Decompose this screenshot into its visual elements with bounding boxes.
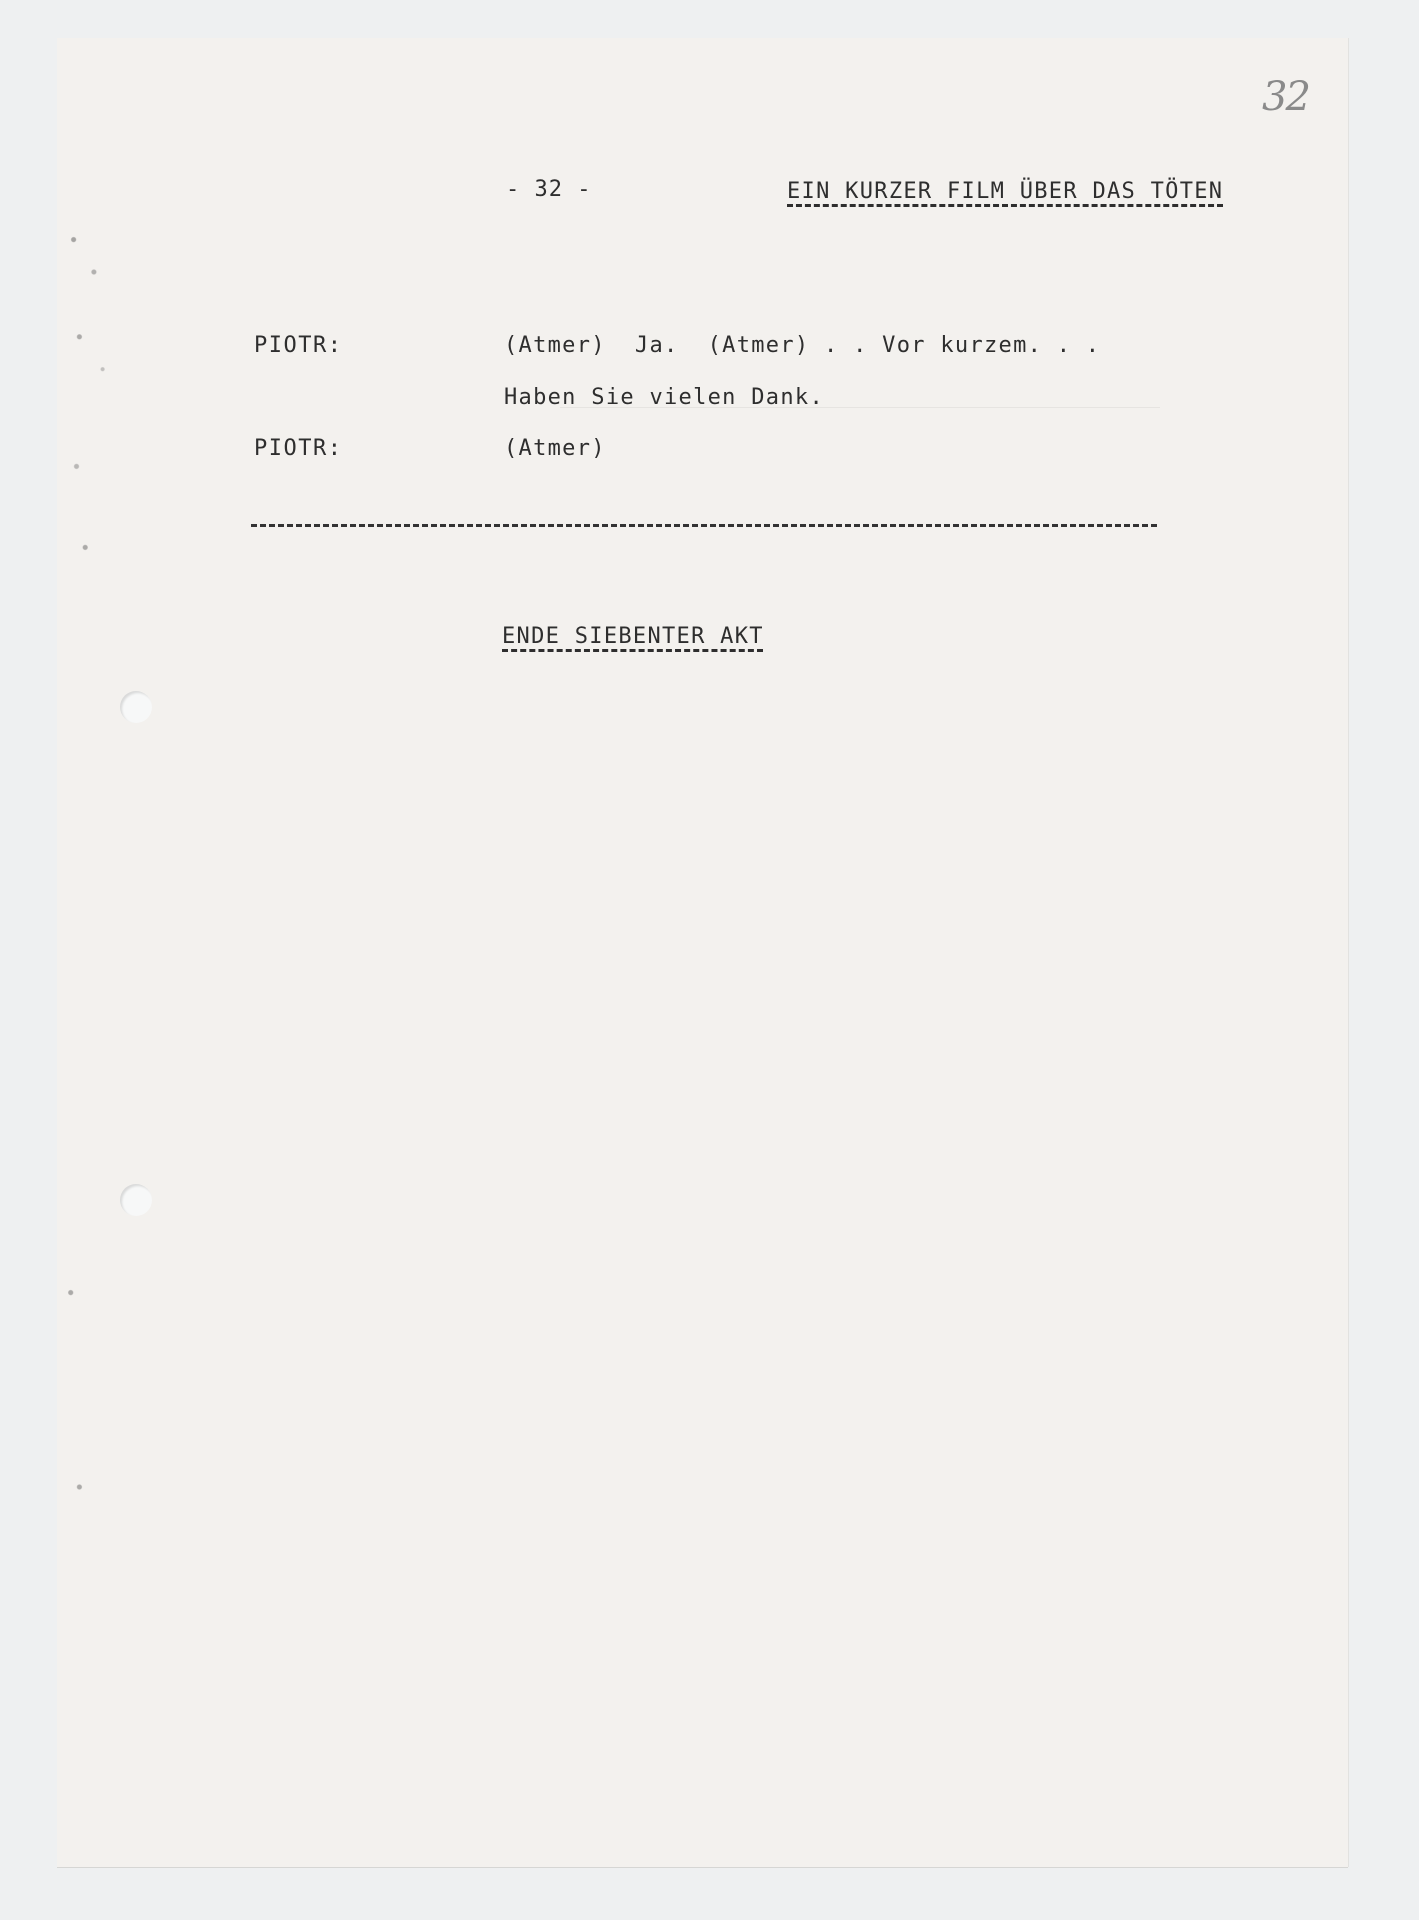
speaker-label: PIOTR: — [254, 438, 342, 460]
section-separator — [251, 524, 1157, 527]
paper-sheet — [57, 38, 1348, 1867]
act-ending-heading: ENDE SIEBENTER AKT — [502, 626, 764, 648]
dialogue-line: Haben Sie vielen Dank. — [504, 387, 824, 409]
punch-hole-bottom — [120, 1184, 152, 1216]
handwritten-page-number: 32 — [1262, 74, 1309, 120]
dialogue-line: (Atmer) — [504, 438, 606, 460]
document-title: EIN KURZER FILM ÜBER DAS TÖTEN — [787, 181, 1223, 203]
dialogue-line: (Atmer) Ja. (Atmer) . . Vor kurzem. . . — [504, 335, 1100, 357]
speaker-label: PIOTR: — [254, 335, 342, 357]
copier-speckle-margin — [62, 110, 120, 1730]
typed-page-number: - 32 - — [506, 179, 591, 201]
punch-hole-top — [120, 691, 152, 723]
